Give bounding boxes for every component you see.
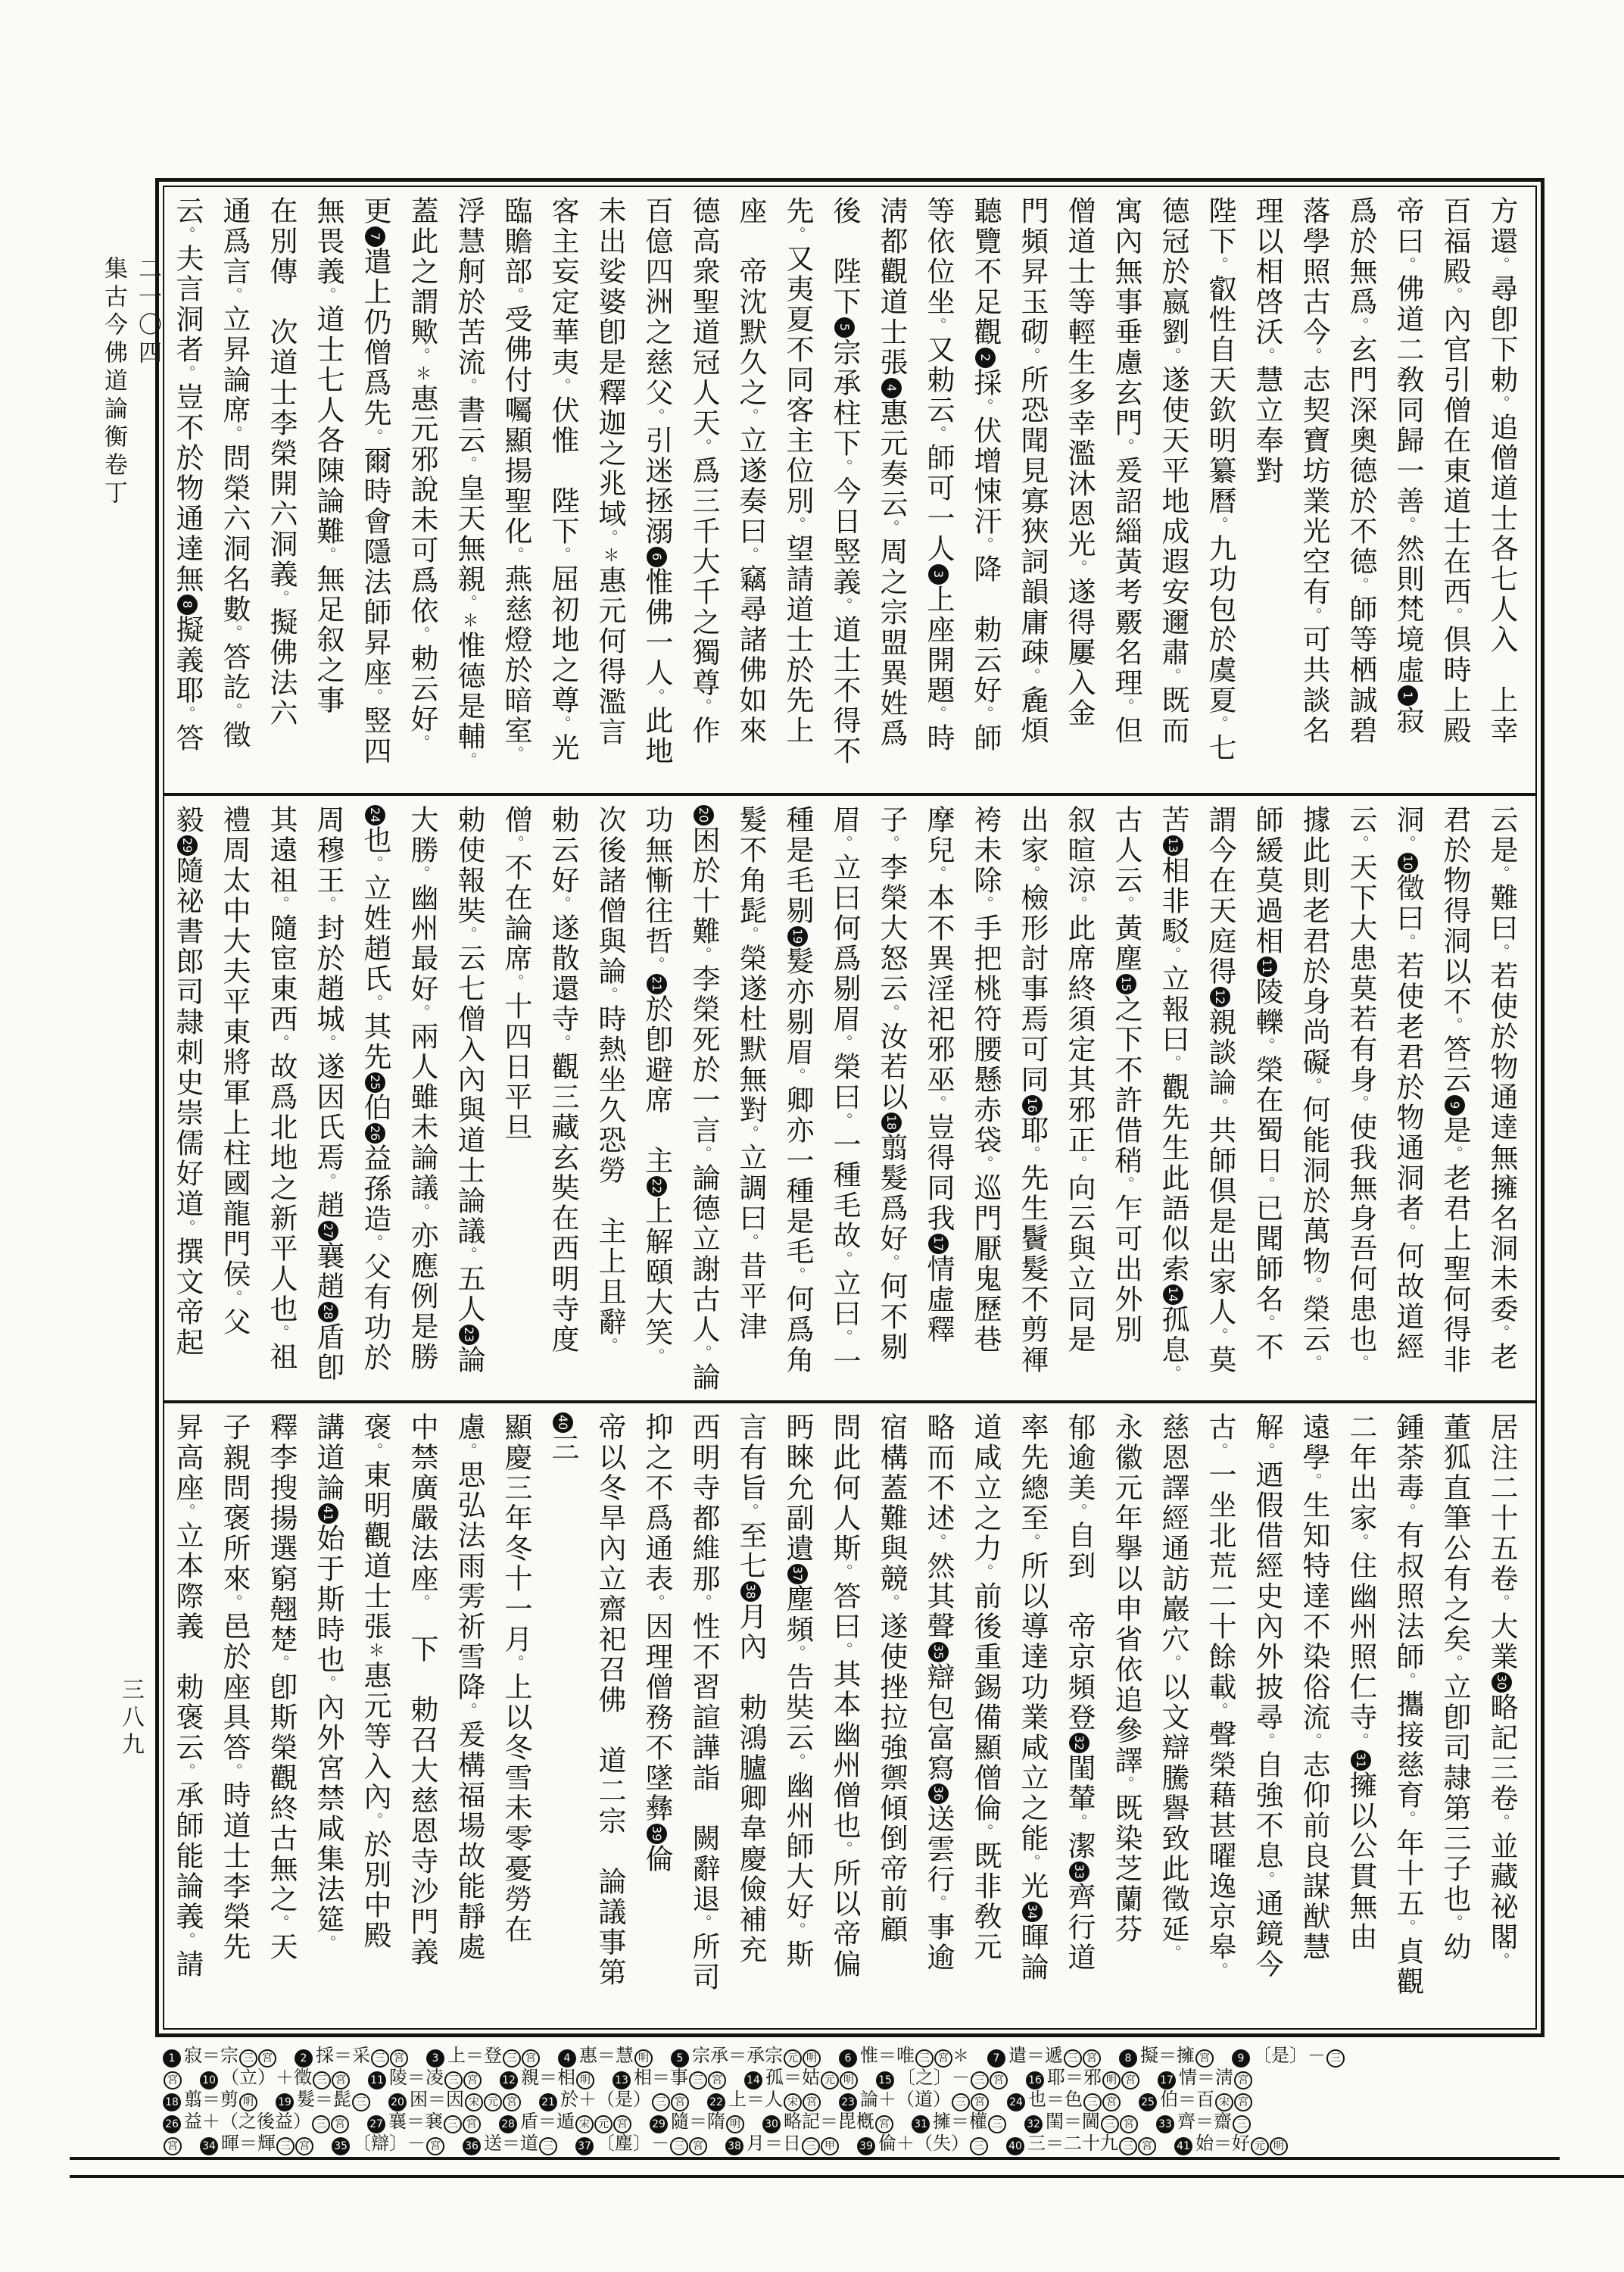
bottom-rule bbox=[70, 2175, 1624, 2178]
edition-siglum: 宮 bbox=[1120, 2115, 1138, 2133]
footnote-marker: 6 bbox=[647, 547, 667, 567]
footnote-marker: 41 bbox=[1174, 2137, 1192, 2155]
ideographic-period: 。 bbox=[460, 1247, 478, 1264]
edition-siglum: 宮 bbox=[671, 2093, 689, 2111]
ideographic-period: 。 bbox=[600, 987, 619, 1004]
ideographic-period: 。 bbox=[835, 1251, 853, 1269]
ideographic-period: 。 bbox=[225, 287, 243, 304]
ideographic-period: 。 bbox=[1023, 1534, 1041, 1551]
edition-siglum: 宮 bbox=[1234, 2093, 1252, 2111]
ideographic-period: 。 bbox=[178, 1932, 196, 1949]
ideographic-period: 。 bbox=[272, 896, 290, 913]
text-column: 董狐直筆公有之矣。立卽司隷第三子也。幼 bbox=[1431, 1412, 1478, 2024]
ideographic-period: 。 bbox=[1304, 1078, 1323, 1095]
ideographic-period: 。 bbox=[1492, 866, 1510, 883]
ideographic-period: 。 bbox=[1445, 1017, 1463, 1035]
edition-siglum: 明 bbox=[803, 2049, 821, 2068]
footnote-marker: 38 bbox=[725, 2137, 743, 2155]
ideographic-period: 。 bbox=[413, 1004, 431, 1022]
ideographic-period: 。 bbox=[460, 1443, 478, 1460]
ideographic-period: 。 bbox=[694, 947, 712, 964]
apparatus-line: 18翦＝剪明 19髮＝髭三 20困＝因宋元宮 21於＋（是）三宮 22上＝人宋宮… bbox=[163, 2089, 1548, 2111]
ideographic-period: 。 bbox=[1398, 1919, 1417, 1937]
text-column: 無畏義。道士七人各陳論難。無足叙之事 bbox=[304, 196, 351, 788]
edition-siglum: 宮 bbox=[689, 2137, 707, 2155]
ideographic-period: 。 bbox=[1070, 1503, 1088, 1521]
footnote-marker: 12 bbox=[500, 2071, 518, 2089]
ideographic-period: 。 bbox=[1164, 1055, 1182, 1072]
ideographic-period: 。 bbox=[1445, 1915, 1463, 1932]
ideographic-period: 。 bbox=[272, 1915, 290, 1932]
text-column: 等依位坐。又勅云。師可一人3上座開題。時 bbox=[915, 196, 962, 788]
text-column: 德高衆聖道冠人天。爲三千大千之獨尊。作 bbox=[680, 196, 727, 788]
text-column: 摩兒。本不異淫祀邪巫。豈得同我17情虛釋 bbox=[915, 805, 962, 1396]
ideographic-period: 。 bbox=[788, 1068, 806, 1085]
text-column: 慈恩譯經通訪巖穴。以文辯騰譽致此徵延。 bbox=[1149, 1412, 1196, 2024]
edition-siglum: 宮 bbox=[1234, 2071, 1252, 2089]
edition-siglum: 元 bbox=[821, 2071, 839, 2089]
edition-siglum: 三 bbox=[1083, 2093, 1102, 2111]
ideographic-period: 。 bbox=[460, 456, 478, 473]
footnote-marker: 37 bbox=[787, 1564, 808, 1584]
ideographic-period: 。 bbox=[882, 520, 900, 537]
edition-siglum: 三 bbox=[1326, 2049, 1345, 2068]
footnote-marker: 1 bbox=[1398, 685, 1418, 706]
footnote-marker: 8 bbox=[177, 595, 198, 615]
edition-siglum: 三 bbox=[952, 2093, 970, 2111]
text-column: 眄睞允副遺37塵頻。告奘云。幽州師大好。斯 bbox=[774, 1412, 821, 2024]
ideographic-period: 。 bbox=[647, 688, 665, 706]
text-column: 言有旨。至七38月內 勅鴻臚卿韋慶儉補充 bbox=[727, 1412, 774, 2024]
text-column: 次後諸僧與論。時熱坐久恐勞 主上且辭。 bbox=[586, 805, 633, 1396]
text-column: 陛下。叡性自天欽明纂曆。九功包於虞夏。七 bbox=[1196, 196, 1243, 788]
edition-siglum: 宮 bbox=[971, 2093, 989, 2111]
ideographic-period: 。 bbox=[1258, 1315, 1276, 1332]
ideographic-period: 。 bbox=[1398, 835, 1417, 853]
text-column: 浮慧舸於苦流。書云。皇天無親。＊惟德是輔。 bbox=[445, 196, 492, 788]
ideographic-period: 。 bbox=[272, 1325, 290, 1342]
ideographic-period: 。 bbox=[178, 365, 196, 382]
ideographic-period: 。 bbox=[366, 429, 384, 446]
register-upper: 方還。尋卽下勅。追僧道士各七人入 上幸百福殿。內官引僧在東道士在西。倶時上殿帝曰… bbox=[164, 187, 1535, 793]
footnote-marker: 17 bbox=[1158, 2071, 1176, 2089]
ideographic-period: 。 bbox=[1258, 348, 1276, 365]
text-column: 郁逾美。自到 帝京頻登32閨輦。潔33齊行道 bbox=[1055, 1412, 1102, 2024]
text-column: 昇高座。立本際義 勅褒云。承師能論義。請 bbox=[164, 1412, 210, 2024]
ideographic-period: 。 bbox=[460, 378, 478, 395]
ideographic-period: 。 bbox=[694, 1594, 712, 1612]
text-column: 功無慚往哲。21於卽避席 主22上解頤大笑。 bbox=[633, 805, 680, 1396]
edition-siglum: 宮 bbox=[258, 2049, 276, 2068]
edition-siglum: 三 bbox=[1064, 2049, 1082, 2068]
text-column: 寓內無事垂慮玄門。爰詔緇黃考覈名理。但 bbox=[1102, 196, 1149, 788]
footnote-marker: 11 bbox=[1257, 957, 1277, 977]
text-column: 西明寺都維那。性不習諠譁詣 闕辭退。所司 bbox=[680, 1412, 727, 2024]
ideographic-period: 。 bbox=[1351, 1733, 1370, 1750]
ideographic-period: 。 bbox=[788, 1645, 806, 1662]
ideographic-period: 。 bbox=[1070, 896, 1088, 913]
ideographic-period: 。 bbox=[1164, 1945, 1182, 1962]
ideographic-period: 。 bbox=[1258, 1176, 1276, 1194]
text-column: 先。又夷夏不同客主位別。望請道士於先上 bbox=[774, 196, 821, 788]
edition-siglum: 三 bbox=[444, 2071, 463, 2089]
text-column: 鍾荼毒。有叔照法師。攜接慈育。年十五。貞觀 bbox=[1384, 1412, 1431, 2024]
edition-siglum: 宋 bbox=[1215, 2093, 1233, 2111]
ideographic-period: 。 bbox=[1117, 1776, 1135, 1793]
footnote-marker: 14 bbox=[744, 2071, 762, 2089]
ideographic-period: 。 bbox=[788, 1922, 806, 1940]
ideographic-period: 。 bbox=[741, 1125, 759, 1143]
footnote-marker: 15 bbox=[1116, 974, 1136, 994]
ideographic-period: 。 bbox=[178, 226, 196, 244]
edition-siglum: 宮 bbox=[1102, 2093, 1121, 2111]
ideographic-period: 。 bbox=[1117, 698, 1135, 716]
ideographic-period: 。 bbox=[1304, 607, 1323, 625]
edition-siglum: 三 bbox=[239, 2049, 257, 2068]
ideographic-period: 。 bbox=[694, 1915, 712, 1932]
ideographic-period: 。 bbox=[1351, 1355, 1370, 1372]
text-column: 周穆王。封於趙城。遂因氏焉。趙27襄趙28盾卽 bbox=[304, 805, 351, 1396]
ideographic-period: 。 bbox=[1164, 348, 1182, 365]
footnote-marker: 27 bbox=[367, 2115, 385, 2133]
edition-siglum: 元 bbox=[1251, 2137, 1269, 2155]
ideographic-period: 。 bbox=[1351, 835, 1370, 853]
ideographic-period: 。 bbox=[1164, 947, 1182, 964]
ideographic-period: 。 bbox=[366, 856, 384, 873]
footnote-marker: 41 bbox=[318, 1503, 338, 1524]
text-column: 問此何人斯。答曰。其本幽州僧也。所以帝偏 bbox=[821, 1412, 868, 2024]
text-column: 謂今在天庭得12親談論。共師倶是出家人。莫 bbox=[1196, 805, 1243, 1396]
edition-siglum: 宮 bbox=[426, 2137, 444, 2155]
ideographic-period: 。 bbox=[272, 1035, 290, 1052]
page-title: 集古今佛道論衡卷丁 bbox=[100, 256, 127, 508]
edition-siglum: 明 bbox=[1102, 2071, 1121, 2089]
footnote-marker: 29 bbox=[177, 835, 198, 856]
ideographic-period: 。 bbox=[1211, 257, 1229, 274]
text-column: 子親問褒所來。邑於座具答。時道士李榮先 bbox=[210, 1412, 257, 2024]
text-column: 更7遣上仍僧爲先。爾時會隱法師昇座。竪四 bbox=[351, 196, 398, 788]
ideographic-period: 。 bbox=[1304, 1277, 1323, 1294]
footnote-marker: 34 bbox=[200, 2137, 218, 2155]
ideographic-period: 。 bbox=[647, 1348, 665, 1365]
ideographic-period: 。 bbox=[929, 706, 947, 723]
edition-siglum: 三 bbox=[971, 2071, 989, 2089]
asterisk-marker: ＊ bbox=[413, 365, 432, 384]
edition-siglum: 明 bbox=[576, 2071, 594, 2089]
footnote-marker: 28 bbox=[318, 1302, 338, 1322]
ideographic-period: 。 bbox=[319, 896, 337, 913]
taisho-canon-page: 二一〇四 集古今佛道論衡卷丁 三八九 方還。尋卽下勅。追僧道士各七人入 上幸百福… bbox=[0, 0, 1624, 2272]
footnote-marker: 3 bbox=[426, 2049, 444, 2068]
footnote-apparatus: 1寂＝宗三宮 2採＝采三宮 3上＝登三宮 4惠＝慧明 5宗承＝承宗元明 6惟＝唯… bbox=[163, 2045, 1548, 2155]
footnote-marker: 32 bbox=[1069, 1733, 1089, 1753]
footnote-marker: 24 bbox=[365, 805, 385, 825]
text-column: 未出娑婆卽是釋迦之兆域。＊惠元何得濫言 bbox=[586, 196, 633, 788]
text-column: 髮不角髭。榮遂杜默無對。立調曰。昔平津 bbox=[727, 805, 774, 1396]
ideographic-period: 。 bbox=[882, 1254, 900, 1272]
footnote-marker: 19 bbox=[276, 2093, 294, 2111]
ideographic-period: 。 bbox=[976, 1824, 994, 1841]
text-column: 聽覽不足觀2採。伏增悚汗。降 勅云好。師 bbox=[962, 196, 1008, 788]
text-column: 僧道士等輕生多幸濫沐恩光。遂得屢入金 bbox=[1055, 196, 1102, 788]
edition-siglum: 三 bbox=[1119, 2137, 1137, 2155]
ideographic-period: 。 bbox=[1070, 1814, 1088, 1831]
ideographic-period: 。 bbox=[1492, 1594, 1510, 1612]
ideographic-period: 。 bbox=[835, 598, 853, 615]
ideographic-period: 。 bbox=[1398, 1811, 1417, 1828]
ideographic-period: 。 bbox=[1117, 1176, 1135, 1194]
register-middle: 云是。難曰。若使於物通達無擁名洞未委。老君於物得洞以不。答云9是。老君上聖何得非… bbox=[164, 796, 1535, 1400]
ideographic-period: 。 bbox=[976, 896, 994, 913]
footnote-marker: 11 bbox=[368, 2071, 386, 2089]
footnote-marker: 31 bbox=[1351, 1750, 1371, 1771]
ideographic-period: 。 bbox=[741, 1234, 759, 1251]
ideographic-period: 。 bbox=[929, 317, 947, 335]
text-column: 帝曰。佛道二敎同歸一善。然則梵境虛1寂 bbox=[1384, 196, 1431, 788]
ideographic-period: 。 bbox=[1023, 668, 1041, 685]
edition-siglum: 明 bbox=[634, 2049, 653, 2068]
ideographic-period: 。 bbox=[929, 426, 947, 443]
edition-siglum: 宋 bbox=[784, 2093, 802, 2111]
ideographic-period: 。 bbox=[647, 957, 665, 974]
apparatus-line: 26益＋（之後益）三宮 27襄＝㐮三宮 28盾＝遁宋元宮 29隨＝隋明 30略記… bbox=[163, 2111, 1548, 2133]
text-column: 德冠於嬴劉。遂使天平地成遐安邇肅。既而 bbox=[1149, 196, 1196, 788]
footnote-marker: 35 bbox=[332, 2137, 350, 2155]
ideographic-period: 。 bbox=[1398, 1224, 1417, 1241]
text-column: 褒。東明觀道士張＊惠元等入內。於別中殿 bbox=[351, 1412, 398, 2024]
ideographic-period: 。 bbox=[460, 1702, 478, 1720]
ideographic-period: 。 bbox=[553, 1035, 572, 1052]
ideographic-period: 。 bbox=[788, 226, 806, 244]
ideographic-period: 。 bbox=[1492, 395, 1510, 413]
ideographic-period: 。 bbox=[1351, 317, 1370, 335]
text-column: 抑之不爲通表。因理僧務不墜彝39倫 bbox=[633, 1412, 680, 2024]
edition-siglum: 宮 bbox=[1138, 2137, 1156, 2155]
footnote-marker: 25 bbox=[1139, 2093, 1157, 2111]
text-column: 率先總至。所以導達功業咸立之能。光34暉論 bbox=[1008, 1412, 1055, 2024]
footnote-marker: 9 bbox=[1445, 1095, 1465, 1116]
text-column: 中禁廣嚴法座。 下 勅召大慈恩寺沙門義 bbox=[398, 1412, 445, 2024]
ideographic-period: 。 bbox=[319, 1035, 337, 1052]
ideographic-period: 。 bbox=[929, 866, 947, 883]
edition-siglum: 元 bbox=[594, 2115, 613, 2133]
ideographic-period: 。 bbox=[413, 866, 431, 883]
asterisk-marker: ＊ bbox=[460, 612, 478, 631]
ideographic-period: 。 bbox=[178, 1219, 196, 1237]
text-column: 20困於十難。李榮死於一言。論德立謝古人。論 bbox=[680, 805, 727, 1396]
footnote-marker: 18 bbox=[881, 1113, 902, 1133]
ideographic-period: 。 bbox=[460, 595, 478, 612]
edition-siglum: 明 bbox=[239, 2093, 257, 2111]
edition-siglum: 三 bbox=[312, 2115, 330, 2133]
apparatus-line: 宮 34暉＝輝三宮 35〔辯〕－宮 36送＝道三 37〔塵〕－三宮 38月＝日三… bbox=[163, 2133, 1548, 2155]
footnote-marker: 35 bbox=[928, 1642, 949, 1662]
footnote-marker: 16 bbox=[1026, 2071, 1044, 2089]
ideographic-period: 。 bbox=[976, 398, 994, 416]
edition-siglum: 宮 bbox=[1083, 2049, 1101, 2068]
footnote-marker: 30 bbox=[1492, 1672, 1512, 1693]
footnote-marker: 21 bbox=[539, 2093, 557, 2111]
text-column: 洞。10徵曰。若使老君於物通洞者。何故道經 bbox=[1384, 805, 1431, 1396]
edition-siglum: 宮 bbox=[331, 2115, 349, 2133]
asterisk-marker: ＊ bbox=[366, 1642, 385, 1661]
ideographic-period: 。 bbox=[835, 1113, 853, 1130]
ideographic-period: 。 bbox=[788, 517, 806, 534]
footnote-marker: 5 bbox=[671, 2049, 689, 2068]
ideographic-period: 。 bbox=[1445, 1655, 1463, 1672]
ideographic-period: 。 bbox=[1258, 1733, 1276, 1750]
footnote-marker: 14 bbox=[1163, 1284, 1183, 1305]
ideographic-period: 。 bbox=[225, 1290, 243, 1307]
edition-siglum: 宮 bbox=[332, 2071, 350, 2089]
footnote-marker: 2 bbox=[295, 2049, 313, 2068]
footnote-marker: 18 bbox=[163, 2093, 181, 2111]
ideographic-period: 。 bbox=[507, 547, 525, 564]
footnote-marker: 1 bbox=[163, 2049, 181, 2068]
edition-siglum: 宮 bbox=[1195, 2049, 1214, 2068]
ideographic-period: 。 bbox=[413, 348, 431, 365]
footnote-marker: 21 bbox=[647, 974, 667, 994]
ideographic-period: 。 bbox=[882, 1004, 900, 1022]
ideographic-period: 。 bbox=[1070, 560, 1088, 577]
ideographic-period: 。 bbox=[413, 1594, 431, 1604]
edition-siglum: 三 bbox=[352, 2093, 370, 2111]
text-column: 解。迺假借經史內外披尋。自強不息。通鏡今 bbox=[1243, 1412, 1290, 2024]
ideographic-period: 。 bbox=[1304, 348, 1323, 365]
footnote-marker: 22 bbox=[647, 1176, 667, 1197]
ideographic-period: 。 bbox=[647, 1594, 665, 1612]
text-column: 爲於無爲。玄門深奧德於不德。師等栖誠碧 bbox=[1337, 196, 1384, 788]
ideographic-period: 。 bbox=[1351, 1095, 1370, 1113]
footnote-marker: 39 bbox=[647, 1824, 667, 1844]
footnote-marker: 5 bbox=[834, 317, 855, 338]
edition-siglum: 三 bbox=[276, 2137, 295, 2155]
ideographic-period: 。 bbox=[788, 1267, 806, 1284]
edition-siglum: 三 bbox=[371, 2049, 389, 2068]
text-column: 在別傳 次道士李榮開六洞義。擬佛法六 bbox=[257, 196, 304, 788]
text-column: 二年出家。住幽州照仁寺。31擁以公貫無由 bbox=[1337, 1412, 1384, 2024]
footnote-marker: 37 bbox=[575, 2137, 594, 2155]
ideographic-period: 。 bbox=[1258, 1038, 1276, 1055]
edition-siglum: 宮 bbox=[875, 2115, 893, 2133]
footnote-marker: 28 bbox=[499, 2115, 517, 2133]
edition-siglum: 三 bbox=[444, 2115, 462, 2133]
edition-siglum: 宮 bbox=[522, 2049, 540, 2068]
text-column: 勅使報奘。云七僧入內與道士論議。五人23論 bbox=[445, 805, 492, 1396]
ideographic-period: 。 bbox=[413, 1203, 431, 1221]
text-column: 遠學。生知特達不染俗流。志仰前良謀猷慧 bbox=[1290, 1412, 1337, 2024]
footnote-marker: 32 bbox=[1024, 2115, 1043, 2133]
footnote-marker: 12 bbox=[1210, 987, 1230, 1007]
ideographic-period: 。 bbox=[1211, 517, 1229, 534]
footnote-marker: 16 bbox=[1022, 1095, 1043, 1116]
ideographic-period: 。 bbox=[366, 994, 384, 1012]
ideographic-period: 。 bbox=[272, 1655, 290, 1672]
footnote-marker: 33 bbox=[1069, 1862, 1089, 1882]
ideographic-period: 。 bbox=[976, 1156, 994, 1173]
ideographic-period: 。 bbox=[366, 1443, 384, 1460]
edition-siglum: 三 bbox=[1101, 2115, 1119, 2133]
edition-siglum: 三 bbox=[915, 2049, 934, 2068]
text-column: 後 陛下5宗承柱下。今日竪義。道士不得不 bbox=[821, 196, 868, 788]
ideographic-period: 。 bbox=[1164, 668, 1182, 685]
text-column: 宿構蓋難與競。遂使挫拉強禦傾倒帝前顧 bbox=[868, 1412, 915, 2024]
ideographic-period: 。 bbox=[976, 1564, 994, 1581]
ideographic-period: 。 bbox=[741, 408, 759, 426]
ideographic-period: 。 bbox=[1351, 1534, 1370, 1551]
ideographic-period: 。 bbox=[1164, 1365, 1182, 1383]
ideographic-period: 。 bbox=[319, 1173, 337, 1191]
ideographic-period: 。 bbox=[507, 287, 525, 304]
edition-siglum: 明 bbox=[840, 2071, 858, 2089]
footnote-marker: 40 bbox=[1006, 2137, 1024, 2155]
ideographic-period: 。 bbox=[460, 752, 478, 769]
ideographic-period: 。 bbox=[741, 1503, 759, 1521]
footnote-marker: 4 bbox=[881, 378, 902, 398]
ideographic-period: 。 bbox=[1445, 1146, 1463, 1163]
footnote-marker: 34 bbox=[1022, 1902, 1043, 1922]
ideographic-period: 。 bbox=[1398, 934, 1417, 951]
ideographic-period: 。 bbox=[225, 1763, 243, 1780]
edition-siglum: 三 bbox=[652, 2093, 670, 2111]
edition-siglum: 三 bbox=[988, 2115, 1006, 2133]
apparatus-line: 宮 10（立）＋徵三宮 11陵＝凌三宮 12親＝相明 13相＝事三宮 14孤＝姑… bbox=[163, 2067, 1548, 2089]
text-column: 門頻昇玉砌。所恐聞見寡狹詞韻庸疎。麁煩 bbox=[1008, 196, 1055, 788]
ideographic-period: 。 bbox=[929, 1534, 947, 1551]
text-column: 講道論41始于斯時也。內外宮禁咸集法筵。 bbox=[304, 1412, 351, 2024]
ideographic-period: 。 bbox=[1445, 287, 1463, 304]
ideographic-period: 。 bbox=[1023, 348, 1041, 365]
footnote-marker: 29 bbox=[650, 2115, 668, 2133]
text-column: 僧。不在論席。十四日平旦 bbox=[492, 805, 539, 1396]
ideographic-period: 。 bbox=[1492, 944, 1510, 961]
ideographic-period: 。 bbox=[1492, 1325, 1510, 1342]
text-column: 云是。難曰。若使於物通達無擁名洞未委。老 bbox=[1478, 805, 1525, 1396]
text-column: 苦13相非駁。立報曰。觀先生此語似索14孤息。 bbox=[1149, 805, 1196, 1396]
register-lower: 居注二十五卷。大業30略記三卷。並藏祕閣。董狐直筆公有之矣。立卽司隷第三子也。幼… bbox=[164, 1403, 1535, 2028]
ideographic-period: 。 bbox=[1258, 1871, 1276, 1889]
ideographic-period: 。 bbox=[225, 1594, 243, 1612]
footnote-marker: 7 bbox=[987, 2049, 1005, 2068]
bottom-rule bbox=[70, 2157, 1560, 2160]
footnote-marker: 31 bbox=[912, 2115, 930, 2133]
text-column: 永徽元年擧以申省依追參譯。既染芝蘭芬 bbox=[1102, 1412, 1149, 2024]
ideographic-period: 。 bbox=[694, 1345, 712, 1362]
ideographic-period: 。 bbox=[882, 1594, 900, 1612]
footnote-marker: 23 bbox=[459, 1325, 479, 1345]
footnote-marker: 39 bbox=[857, 2137, 875, 2155]
ideographic-period: 。 bbox=[1258, 1443, 1276, 1460]
text-column: 大勝。幽州最好。兩人雖未論議。亦應例是勝 bbox=[398, 805, 445, 1396]
ideographic-period: 。 bbox=[694, 438, 712, 456]
edition-siglum: 三 bbox=[802, 2137, 820, 2155]
text-column: 叙暄涼。此席終須定其邪正。向云與立同是 bbox=[1055, 805, 1102, 1396]
edition-siglum: 宮 bbox=[390, 2049, 408, 2068]
footnote-marker: 13 bbox=[613, 2071, 631, 2089]
edition-siglum: 宮 bbox=[295, 2137, 313, 2155]
ideographic-period: 。 bbox=[882, 835, 900, 853]
text-frame-inner: 方還。尋卽下勅。追僧道士各七人入 上幸百福殿。內官引僧在東道士在西。倶時上殿帝曰… bbox=[163, 186, 1537, 2030]
ideographic-period: 。 bbox=[319, 547, 337, 564]
ideographic-period: 。 bbox=[1492, 1814, 1510, 1831]
edition-siglum: 宮 bbox=[164, 2071, 182, 2089]
edition-siglum: 三 bbox=[313, 2071, 331, 2089]
footnote-marker: 8 bbox=[1119, 2049, 1137, 2068]
footnote-marker: 20 bbox=[388, 2093, 407, 2111]
ideographic-period: 。 bbox=[1351, 577, 1370, 595]
text-column: 百億四洲之慈父。引迷拯溺6惟佛一人。此地 bbox=[633, 196, 680, 788]
footnote-marker: 26 bbox=[365, 1123, 385, 1144]
